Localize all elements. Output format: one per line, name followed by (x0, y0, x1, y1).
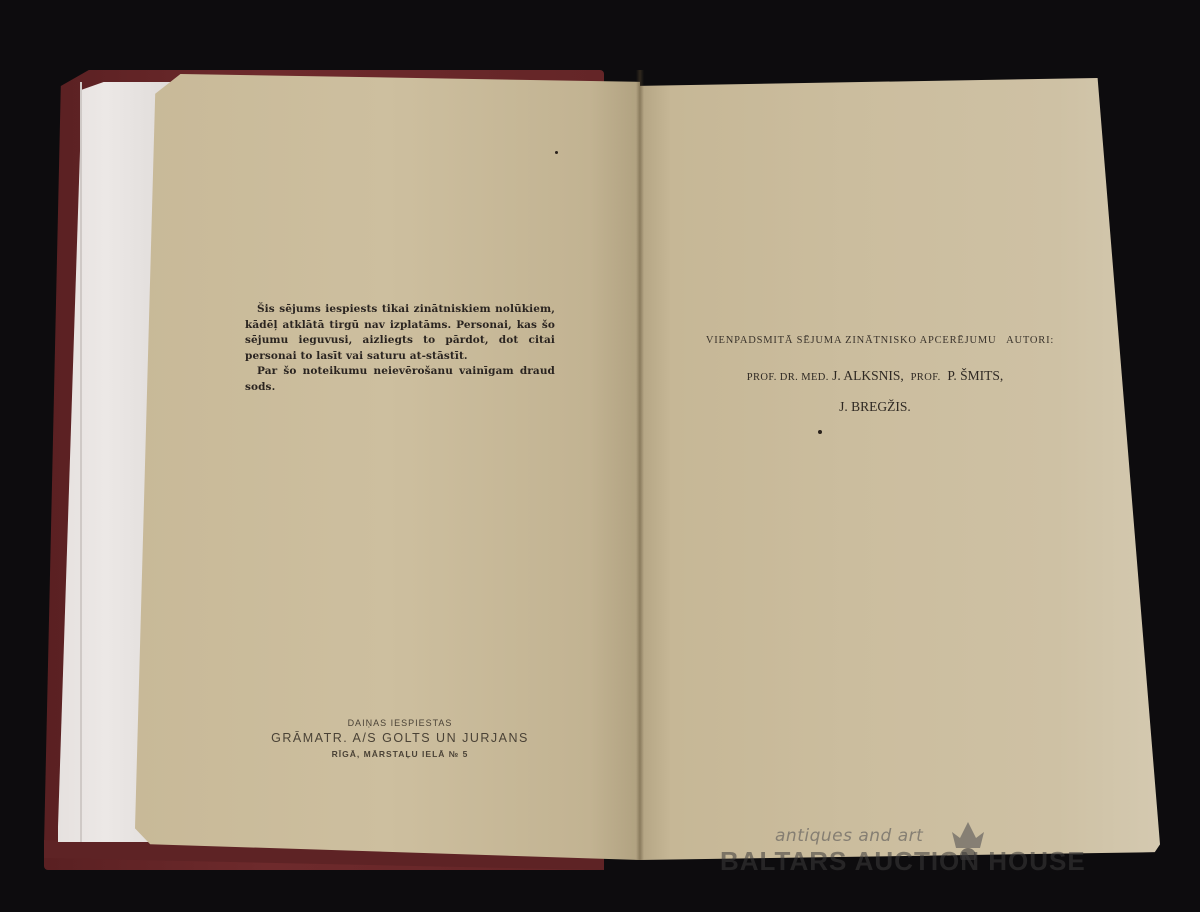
paper-speck (818, 430, 822, 434)
author-name-1: J. ALKSNIS, (832, 368, 904, 383)
notice-paragraph-1: Šis sējums iespiests tikai zinātniskiem … (245, 302, 555, 364)
author-title-1: PROF. DR. MED. (747, 372, 829, 383)
watermark-tagline: antiques and art (775, 826, 923, 846)
copyright-notice: Šis sējums iespiests tikai zinātniskiem … (245, 302, 555, 395)
right-page (640, 78, 1160, 860)
author-name-2: P. ŠMITS, (947, 368, 1003, 383)
book-photo: Šis sējums iespiests tikai zinātniskiem … (0, 0, 1200, 912)
author-name-3: J. BREGŽIS. (700, 399, 1050, 415)
book-gutter (636, 70, 644, 860)
printer-imprint: DAIŅAS IESPIESTAS GRĀMATR. A/S GOLTS UN … (250, 718, 550, 759)
auction-watermark: antiques and art BALTARS AUCTION HOUSE (720, 820, 1120, 890)
authors-heading: VIENPADSMITĀ SĒJUMA ZINĀTNISKO APCERĒJUM… (690, 335, 1070, 346)
watermark-brand: BALTARS AUCTION HOUSE (720, 846, 1086, 877)
imprint-line-2: GRĀMATR. A/S GOLTS UN JURJANS (250, 731, 550, 745)
imprint-line-1: DAIŅAS IESPIESTAS (250, 718, 550, 728)
authors-line-1: PROF. DR. MED. J. ALKSNIS, PROF. P. ŠMIT… (700, 368, 1050, 384)
paper-speck (555, 151, 558, 154)
notice-paragraph-2: Par šo noteikumu neievērošanu vainīgam d… (245, 364, 555, 395)
endpaper-fold (80, 82, 82, 842)
author-title-2: PROF. (911, 372, 941, 383)
imprint-line-3: RĪGĀ, MĀRSTAĻU IELĀ № 5 (250, 749, 550, 759)
